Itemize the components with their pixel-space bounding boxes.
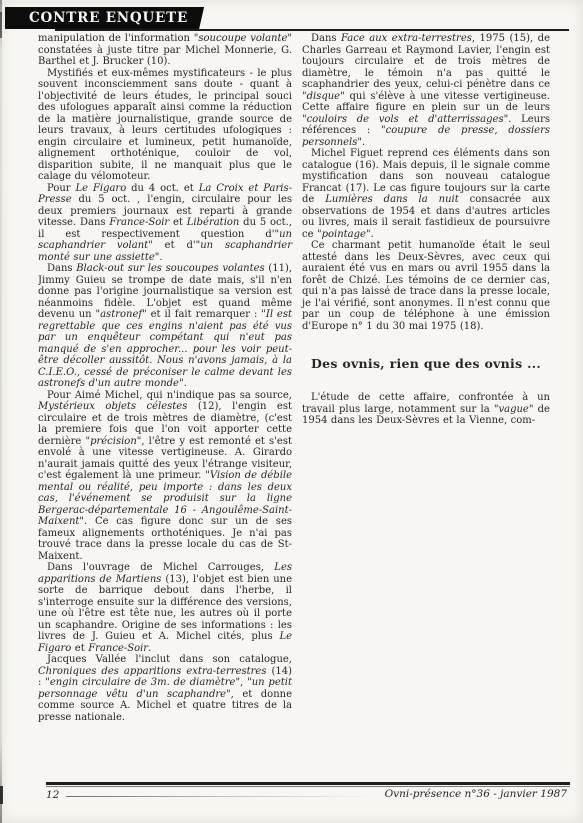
paragraph: manipulation de l'information "soucoupe … [38, 33, 292, 68]
section-banner: CONTRE ENQUETE [5, 7, 204, 29]
footer-divider-line [66, 796, 376, 797]
paragraph: Mystifiés et eux-mêmes mystificateurs - … [38, 68, 292, 183]
paragraph: Michel Figuet reprend ces éléments dans … [302, 148, 550, 240]
paragraph: Dans Face aux extra-terrestres, 1975 (15… [302, 33, 550, 148]
scan-edge-artifact [0, 12, 2, 38]
section-heading: Des ovnis, rien que des ovnis ... [302, 356, 550, 371]
paragraph: Dans Black-out sur les soucoupes volante… [38, 263, 292, 390]
column-left: manipulation de l'information "soucoupe … [38, 33, 292, 781]
scan-edge-artifact [0, 0, 2, 823]
footer-rule [46, 786, 570, 787]
paragraph: Dans l'ouvrage de Michel Carrouges, Les … [38, 562, 292, 654]
magazine-page: CONTRE ENQUETE manipulation de l'informa… [0, 0, 583, 823]
paragraph: Pour Le Figaro du 4 oct. et La Croix et … [38, 183, 292, 264]
header-rule [55, 29, 569, 31]
journal-reference: Ovni-présence n°36 - janvier 1987 [385, 788, 567, 800]
page-body: manipulation de l'information "soucoupe … [38, 33, 550, 781]
page-number: 12 [46, 789, 59, 801]
paragraph: Ce charmant petit humanoïde était le seu… [302, 240, 550, 332]
footer-rule [46, 782, 570, 785]
paragraph: L'étude de cette affaire, confrontée à u… [302, 392, 550, 427]
column-right: Dans Face aux extra-terrestres, 1975 (15… [302, 33, 550, 781]
banner-label: CONTRE ENQUETE [29, 10, 188, 26]
paragraph: Pour Aimé Michel, qui n'indique pas sa s… [38, 390, 292, 563]
scan-edge-artifact [0, 786, 3, 804]
paragraph: Jacques Vallée l'inclut dans son catalog… [38, 654, 292, 723]
